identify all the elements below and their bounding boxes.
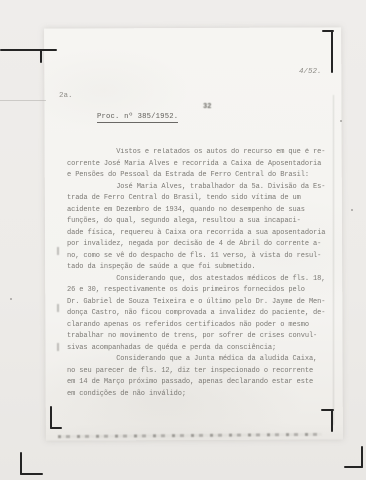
crop-mark-bottom-right-outer-v (361, 446, 363, 468)
body-line: Dr. Gabriel de Souza Teixeira e o último… (67, 297, 339, 309)
body-line: funções, do qual, segundo alega, resulto… (67, 216, 339, 228)
crop-mark-top-left-v (40, 49, 42, 63)
pencil-note: 4/52. (299, 68, 322, 76)
body-line: no seu parecer de fls. 12, diz ter inspe… (67, 366, 339, 378)
body-line: trada de Ferro Central do Brasil, tendo … (67, 193, 339, 205)
body-line: donça Castro, não ficou comprovada a inv… (67, 308, 339, 320)
typewritten-body: Vistos e relatados os autos do recurso e… (67, 147, 339, 400)
body-line: sivas acompanhadas de quéda e perda da c… (67, 343, 339, 355)
body-line: Considerando que a Junta médica da aludi… (67, 354, 339, 366)
scratch-line (0, 100, 46, 101)
body-line: tado da inspeção de saúde a que foi subm… (67, 262, 339, 274)
dust-speck (10, 298, 12, 300)
body-line: em condições de não inválido; (67, 389, 339, 401)
body-line: no, como se vê do despacho de fls. 11 ve… (67, 251, 339, 263)
margin-tick (57, 343, 59, 351)
body-line: e Pensões do Pessoal da Estrada de Ferro… (67, 170, 339, 182)
body-line: José Maria Alves, trabalhador da 5a. Div… (67, 182, 339, 194)
margin-note: 2a. (59, 92, 73, 100)
body-line: acidente em Dezembro de 1934, quando no … (67, 205, 339, 217)
dust-speck (351, 209, 353, 211)
page-stamp: 32 (203, 103, 211, 111)
crop-mark-bottom-left-outer-v (20, 452, 22, 475)
margin-tick (57, 247, 59, 255)
margin-tick (57, 304, 59, 312)
dust-speck (340, 120, 342, 122)
crop-mark-bottom-left-outer-h (20, 473, 43, 475)
body-line: clarando apenas os referidos certificado… (67, 320, 339, 332)
scan-background: 4/52. 2a. 32 Proc. nº 385/1952. Vistos e… (0, 0, 366, 480)
page-fold-line (333, 95, 334, 425)
process-number: Proc. nº 385/1952. (97, 113, 178, 123)
body-line: dade física, requereu à Caixa ora recorr… (67, 228, 339, 240)
crop-mark-bottom-right-outer-h (344, 466, 363, 468)
body-line: 26 e 30, respectivamente os dois primeir… (67, 285, 339, 297)
body-line: Vistos e relatados os autos do recurso e… (67, 147, 339, 159)
body-line: trabalhar no movimento de trens, por sof… (67, 331, 339, 343)
body-line: Considerando que, dos atestados médicos … (67, 274, 339, 286)
body-line: por invalidez, negada por decisão de 4 d… (67, 239, 339, 251)
body-line: corrente José Maria Alves e recorrida a … (67, 159, 339, 171)
body-line: em 14 de Março próximo passado, apenas d… (67, 377, 339, 389)
